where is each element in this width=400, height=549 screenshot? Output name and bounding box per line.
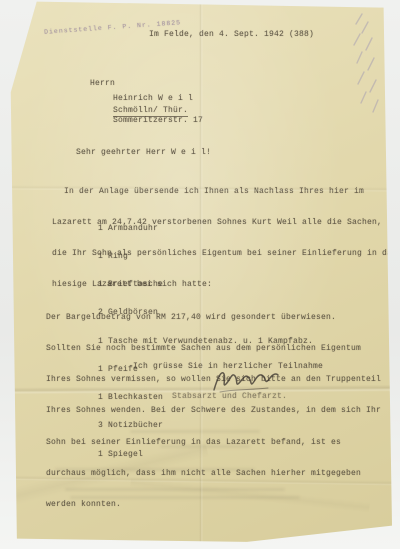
bleedthrough-mark xyxy=(65,488,285,491)
recipient-city: Schmölln/ Thür. xyxy=(113,106,188,117)
effects-item: 1 Brieftasche xyxy=(98,280,313,289)
dateline: Im Felde, den 4. Sept. 1942 (388) xyxy=(149,30,314,40)
photo-background: Dienststelle F. P. Nr. 18825 Im Felde, d… xyxy=(0,0,400,549)
photo-of-letter: { "colors": { "background": "#edeeec", "… xyxy=(0,0,400,549)
para1-line: In der Anlage übersende ich Ihnen als Na… xyxy=(52,187,397,197)
bleedthrough-mark xyxy=(160,445,250,448)
bleedthrough-mark xyxy=(130,430,260,433)
para2-line: Sollten Sie noch bestimmte Sachen aus de… xyxy=(46,344,381,354)
bleedthrough-mark xyxy=(55,468,255,471)
paper-stain xyxy=(338,537,347,541)
effects-item: 1 Ring xyxy=(98,252,313,261)
effects-item: 1 Armbanduhr xyxy=(98,224,313,233)
recipient-name: Heinrich W e i l xyxy=(113,94,193,104)
para2-line: Der Bargeldbetrag von RM 217,40 wird ges… xyxy=(46,313,381,323)
pencil-scribbles xyxy=(332,8,384,123)
letter-paper: Dienststelle F. P. Nr. 18825 Im Felde, d… xyxy=(10,0,392,543)
bleedthrough-mark xyxy=(70,496,300,499)
address-honorific: Herrn xyxy=(90,79,115,89)
recipient-street: Sommeritzerstr. 17 xyxy=(113,116,203,126)
para2-line: Ihres Sohnes wenden. Bei der Schwere des… xyxy=(46,406,381,416)
signature-role: Stabsarzt und Chefarzt. xyxy=(172,392,287,402)
para2-line: werden konnten. xyxy=(46,500,381,510)
greeting: Sehr geehrter Herr W e i l! xyxy=(76,148,211,158)
